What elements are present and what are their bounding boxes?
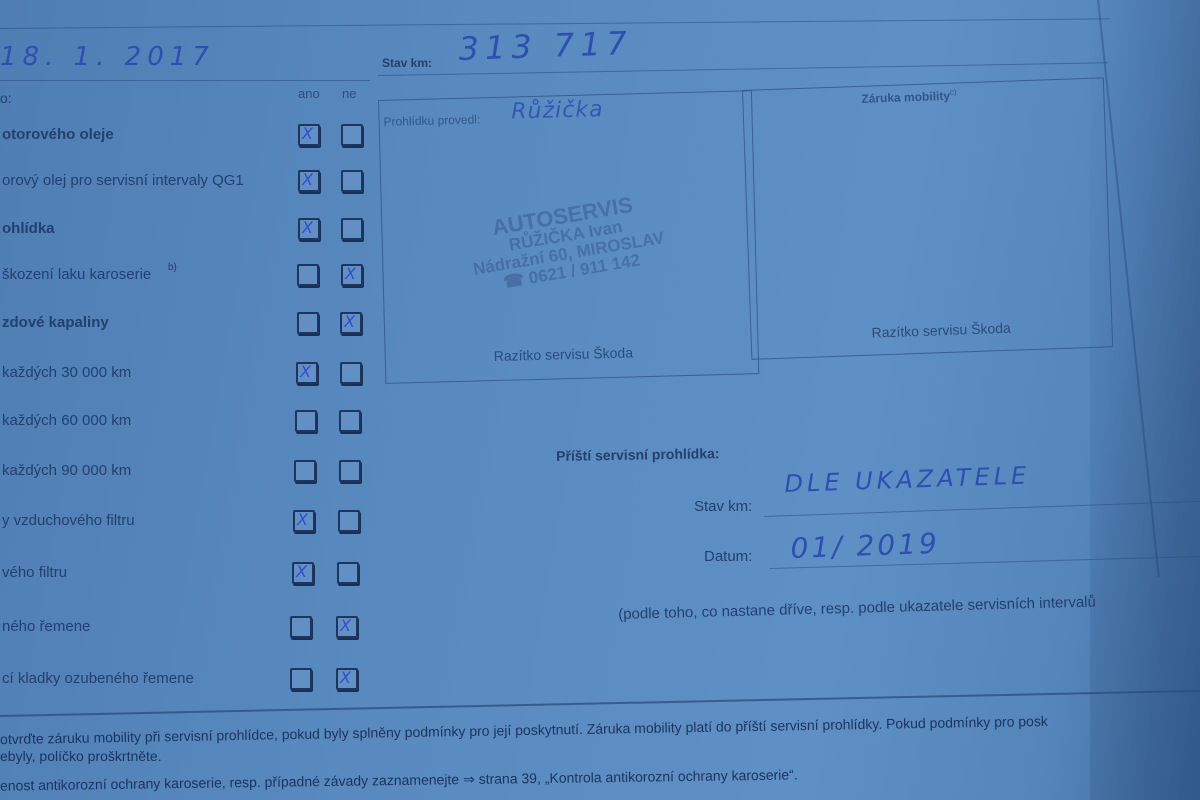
checklist-item-label: y vzduchového filtru [2,512,135,529]
service-stamp: AUTOSERVIS RŮŽIČKA Ivan Nádražní 60, MIR… [442,185,691,300]
checklist-row: orový olej pro servisní intervaly QG1 [0,168,380,198]
checkbox-yes[interactable] [297,312,319,334]
next-service-heading: Příští servisní prohlídka: [556,445,720,464]
checkbox-yes[interactable] [292,562,314,584]
checklist-row: zdové kapaliny [0,310,380,340]
checkbox-no[interactable] [341,124,363,146]
next-km-value: DLE UKAZATELE [784,461,1031,498]
checklist-row: cí kladky ozubeného řemene [0,666,380,696]
checkbox-no[interactable] [336,616,358,638]
checklist-item-label: orový olej pro servisní intervaly QG1 [2,172,244,189]
checkbox-yes[interactable] [298,170,320,192]
checkbox-no[interactable] [340,312,362,334]
checklist-row: každých 60 000 km [0,408,380,438]
mobility-title: Záruka mobilityc) [861,88,957,106]
checklist-item-label: ohlídka [2,220,55,237]
checkbox-no[interactable] [340,362,362,384]
footnote-1: otvrďte záruku mobility při servisní pro… [0,713,1048,747]
next-date-label: Datum: [704,548,752,565]
checkbox-no[interactable] [338,510,360,532]
inspection-box: Prohlídku provedl: Růžička AUTOSERVIS RŮ… [378,90,759,384]
next-km-line [764,501,1200,517]
checkbox-yes[interactable] [298,124,320,146]
checklist-row: vého filtru [0,560,380,590]
checklist-heading: o: [0,90,12,106]
checklist-item-label: ného řemene [2,618,90,635]
footnote-3: enost antikorozní ochrany karoserie, res… [0,766,798,794]
checklist-item-label: zdové kapaliny [2,314,109,331]
next-km-label: Stav km: [694,498,752,515]
stav-km-label: Stav km: [382,56,432,70]
checklist-row: y vzduchového filtru [0,508,380,538]
checklist-item-label: škození laku karoserie [2,266,151,283]
checklist-item-label: každých 30 000 km [2,364,131,381]
checklist-item-label: otorového oleje [2,126,114,143]
checklist-row: otorového oleje [0,122,380,152]
checkbox-no[interactable] [341,264,363,286]
footnote-2: ebyly, políčko proškrtněte. [0,748,162,764]
header-rule [0,80,370,81]
checklist-row: každých 90 000 km [0,458,380,488]
inspector-signature: Růžička [511,97,604,124]
checkbox-no[interactable] [341,218,363,240]
checkbox-no[interactable] [339,410,361,432]
checklist-item-label: každých 90 000 km [2,462,131,479]
mobility-box: Záruka mobilityc) Razítko servisu Škoda [742,77,1113,359]
col-no-header: ne [342,86,356,101]
stav-km-value: 313 717 [458,24,634,68]
checkbox-yes[interactable] [297,264,319,286]
checkbox-yes[interactable] [290,616,312,638]
checkbox-no[interactable] [336,668,358,690]
checklist-item-label: vého filtru [2,564,67,581]
checkbox-no[interactable] [339,460,361,482]
checkbox-yes[interactable] [298,218,320,240]
checklist-row: ohlídka [0,216,380,246]
mobility-stamp-caption: Razítko servisu Škoda [871,320,1011,341]
mobility-title-text: Záruka mobility [861,89,950,106]
next-date-value: 01/ 2019 [790,527,940,565]
checkbox-no[interactable] [341,170,363,192]
checklist-item-label: cí kladky ozubeného řemene [2,670,194,687]
inspection-stamp-caption: Razítko servisu Škoda [494,344,634,364]
checkbox-no[interactable] [337,562,359,584]
date-handwritten: 18. 1. 2017 [0,42,215,72]
checkbox-yes[interactable] [295,410,317,432]
checkbox-yes[interactable] [290,668,312,690]
inspected-by-label: Prohlídku provedl: [383,112,480,129]
checkbox-yes[interactable] [294,460,316,482]
next-service-note: (podle toho, co nastane dříve, resp. pod… [618,593,1096,623]
checkbox-yes[interactable] [293,510,315,532]
checklist-row: ného řemene [0,614,380,644]
page-shadow [1090,0,1200,800]
checkbox-yes[interactable] [296,362,318,384]
mobility-sup: c) [950,88,957,97]
footnote-ref: b) [168,262,177,273]
checklist-row: každých 30 000 km [0,360,380,390]
checklist-item-label: každých 60 000 km [2,412,131,429]
col-yes-header: ano [298,86,320,101]
checklist-row: škození laku karoserieb) [0,262,380,292]
